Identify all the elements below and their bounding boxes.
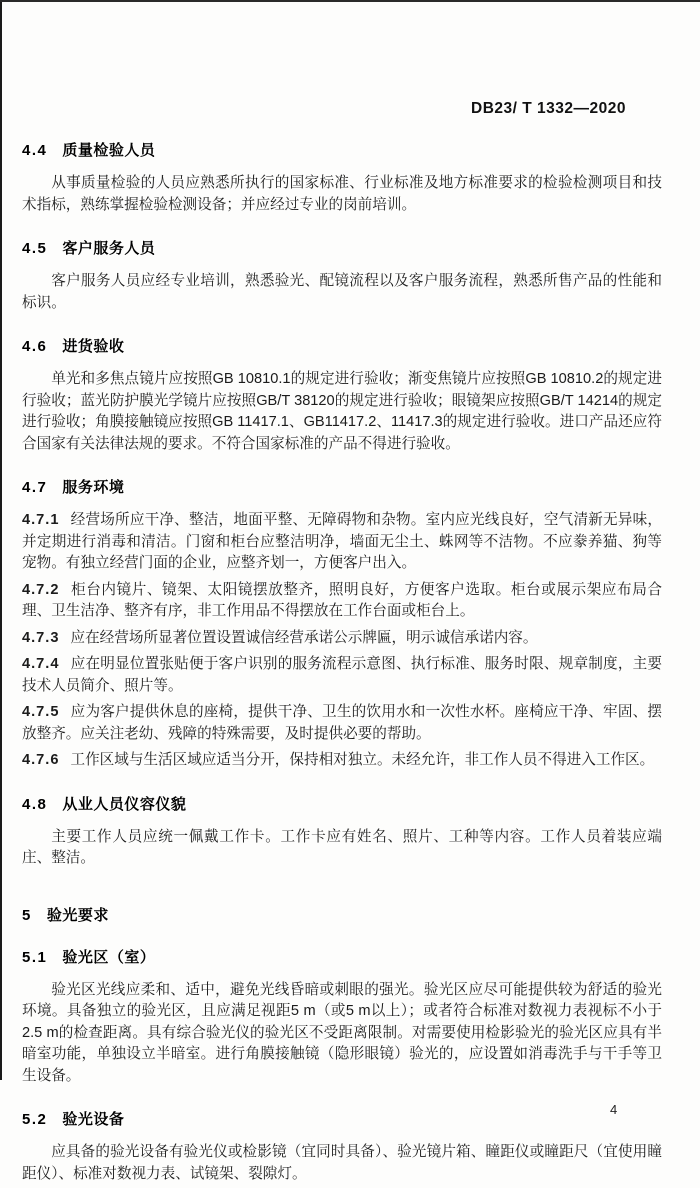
section-title: 质量检验人员 [62,142,155,159]
paragraph: 从事质量检验的人员应熟悉所执行的国家标准、行业标准及地方标准要求的检验检测项目和… [22,173,662,216]
clause-text: 应在明显位置张贴便于客户识别的服务流程示意图、执行标准、服务时限、规章制度，主要… [22,656,662,694]
section-title: 服务环境 [62,479,124,496]
section-number: 4.4 [22,142,47,159]
section-title: 客户服务人员 [62,240,155,257]
document-number-header: DB23/ T 1332—2020 [22,100,662,118]
paragraph: 主要工作人员应统一佩戴工作卡。工作卡应有姓名、照片、工种等内容。工作人员着装应端… [22,827,662,870]
section-heading-4-7: 4.7服务环境 [22,476,662,497]
clause-text: 应在经营场所显著位置设置诚信经营承诺公示牌匾，明示诚信承诺内容。 [70,630,537,646]
clause-number: 4.7.4 [22,656,59,672]
clause-4-7-4: 4.7.4应在明显位置张贴便于客户识别的服务流程示意图、执行标准、服务时限、规章… [22,654,662,697]
page-content: DB23/ T 1332—2020 4.4质量检验人员 从事质量检验的人员应熟悉… [22,0,662,1188]
clause-number: 4.7.6 [22,752,59,768]
clause-4-7-6: 4.7.6工作区域与生活区域应适当分开，保持相对独立。未经允许，非工作人员不得进… [22,750,662,772]
section-title: 进货验收 [62,338,124,355]
paragraph: 应具备的验光设备有验光仪或检影镜（宜同时具备）、验光镜片箱、瞳距仪或瞳距尺（宜使… [22,1142,662,1185]
scan-artifact-left-line [0,0,2,1080]
section-number: 5.1 [22,949,47,966]
section-heading-4-8: 4.8从业人员仪容仪貌 [22,793,662,814]
chapter-title: 验光要求 [47,907,109,924]
clause-text: 柜台内镜片、镜架、太阳镜摆放整齐，照明良好，方便客户选取。柜台或展示架应布局合理… [22,582,662,620]
clause-number: 4.7.2 [22,582,59,598]
clause-4-7-5: 4.7.5应为客户提供休息的座椅，提供干净、卫生的饮用水和一次性水杯。座椅应干净… [22,702,662,745]
clause-4-7-3: 4.7.3应在经营场所显著位置设置诚信经营承诺公示牌匾，明示诚信承诺内容。 [22,628,662,650]
chapter-number: 5 [22,907,32,924]
clause-number: 4.7.5 [22,704,59,720]
section-heading-4-4: 4.4质量检验人员 [22,139,662,160]
clause-text: 应为客户提供休息的座椅，提供干净、卫生的饮用水和一次性水杯。座椅应干净、牢固、摆… [22,704,662,742]
clause-text: 经营场所应干净、整洁，地面平整、无障碍物和杂物。室内应光线良好，空气清新无异味，… [22,512,662,571]
section-title: 验光区（室） [62,949,155,966]
paragraph: 客户服务人员应经专业培训，熟悉验光、配镜流程以及客户服务流程，熟悉所售产品的性能… [22,271,662,314]
section-number: 4.5 [22,240,47,257]
section-heading-5-1: 5.1验光区（室） [22,946,662,967]
section-heading-5-2: 5.2验光设备 [22,1108,662,1129]
scanned-document-page: DB23/ T 1332—2020 4.4质量检验人员 从事质量检验的人员应熟悉… [0,0,700,1188]
clause-4-7-2: 4.7.2柜台内镜片、镜架、太阳镜摆放整齐，照明良好，方便客户选取。柜台或展示架… [22,580,662,623]
section-number: 4.7 [22,479,47,496]
clause-number: 4.7.3 [22,630,59,646]
section-heading-4-5: 4.5客户服务人员 [22,237,662,258]
clause-number: 4.7.1 [22,512,59,528]
paragraph: 验光区光线应柔和、适中，避免光线昏暗或刺眼的强光。验光区应尽可能提供较为舒适的验… [22,980,662,1088]
section-number: 5.2 [22,1111,47,1128]
clause-4-7-1: 4.7.1经营场所应干净、整洁，地面平整、无障碍物和杂物。室内应光线良好，空气清… [22,510,662,575]
clause-text: 工作区域与生活区域应适当分开，保持相对独立。未经允许，非工作人员不得进入工作区。 [70,752,654,768]
section-title: 验光设备 [62,1111,124,1128]
page-number: 4 [610,1102,617,1117]
section-number: 4.6 [22,338,47,355]
section-title: 从业人员仪容仪貌 [62,796,186,813]
section-heading-4-6: 4.6进货验收 [22,335,662,356]
paragraph: 单光和多焦点镜片应按照GB 10810.1的规定进行验收；渐变焦镜片应按照GB … [22,369,662,455]
section-number: 4.8 [22,796,47,813]
chapter-heading-5: 5验光要求 [22,904,662,925]
